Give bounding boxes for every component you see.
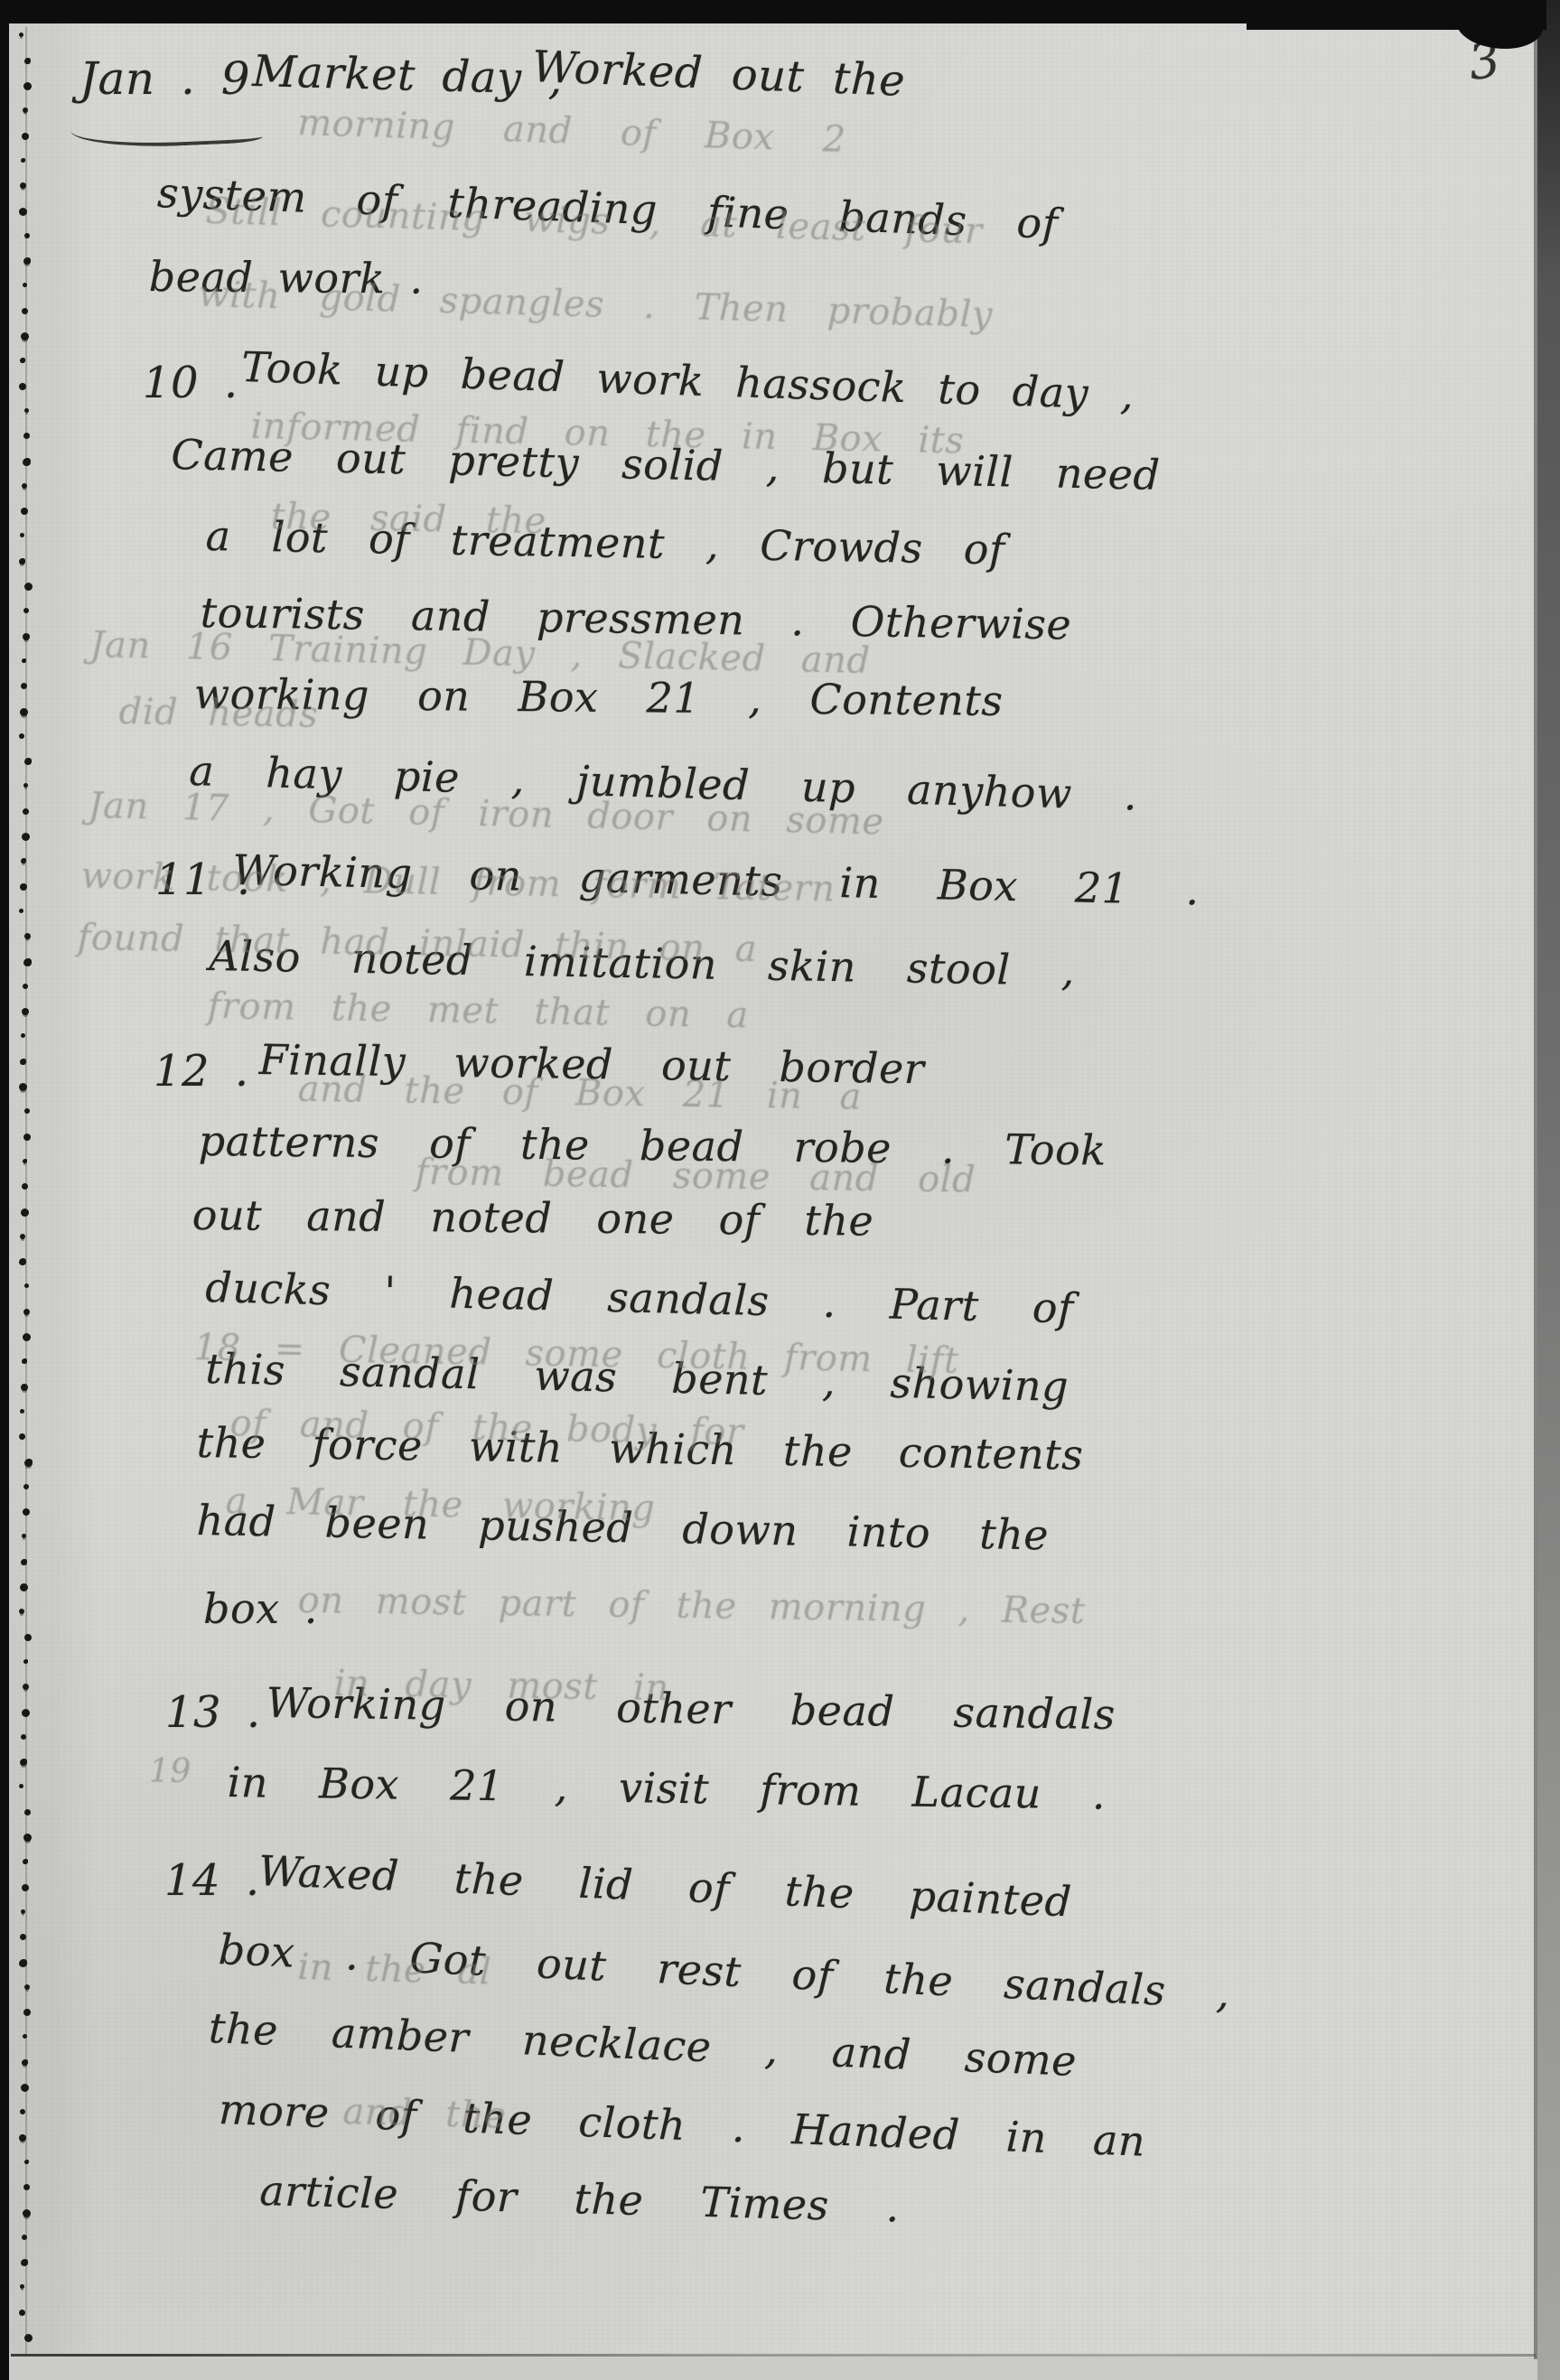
scan-edge-left: [0, 0, 9, 2380]
ghost-bleedthrough-line: of and of the body for: [229, 1405, 744, 1451]
ghost-bleedthrough-line: a Mar the working: [225, 1483, 655, 1526]
handwritten-line: 12 .: [154, 1050, 249, 1093]
handwritten-line: the amber necklace , and some: [208, 2007, 1078, 2082]
handwritten-line: article for the Times .: [259, 2170, 901, 2228]
handwritten-line: Waxed the lid of the painted: [257, 1850, 1072, 1923]
scanned-diary-page: Jan . 9Market day ,Worked out thesystem …: [0, 0, 1560, 2380]
ghost-bleedthrough-line: the said the: [270, 499, 546, 539]
handwritten-line: out and noted one of the: [192, 1194, 874, 1242]
ghost-bleedthrough-line: found that had inlaid thin on a: [77, 919, 757, 967]
next-page-edge: [0, 2357, 1537, 2380]
handwriting-layer: Jan . 9Market day ,Worked out thesystem …: [0, 0, 1560, 2380]
ghost-bleedthrough-line: in day most in: [333, 1666, 668, 1706]
handwritten-line: ducks ' head sandals . Part of: [205, 1266, 1074, 1329]
ghost-bleedthrough-line: morning and of Box 2: [297, 105, 846, 158]
handwritten-line: Jan . 9: [79, 56, 250, 101]
handwritten-line: 13 .: [165, 1691, 261, 1734]
handwritten-line: in Box 21 , visit from Lacau .: [227, 1761, 1106, 1815]
handwritten-line: Took up bead work hassock to day ,: [241, 346, 1135, 415]
ghost-bleedthrough-line: and the: [342, 2094, 507, 2134]
ghost-bleedthrough-line: with gold spangles . Then probably: [198, 276, 993, 333]
handwritten-line: 10 .: [143, 361, 238, 405]
ghost-bleedthrough-line: 19: [149, 1756, 191, 1788]
ghost-bleedthrough-line: from the met that on a: [207, 988, 749, 1033]
ghost-bleedthrough-line: on most part of the morning , Rest: [297, 1582, 1085, 1629]
handwritten-line: 14 .: [164, 1859, 260, 1902]
ghost-bleedthrough-line: did heads: [118, 694, 318, 733]
handwritten-line: Worked out the: [531, 45, 906, 103]
handwritten-line: Market day ,: [252, 50, 564, 101]
ghost-bleedthrough-line: from bead some and old: [415, 1154, 976, 1199]
ghost-bleedthrough-line: and the of Box 21 in a: [297, 1071, 862, 1115]
ghost-bleedthrough-line: in the al: [297, 1949, 492, 1991]
scan-edge-right: [1537, 0, 1560, 2380]
